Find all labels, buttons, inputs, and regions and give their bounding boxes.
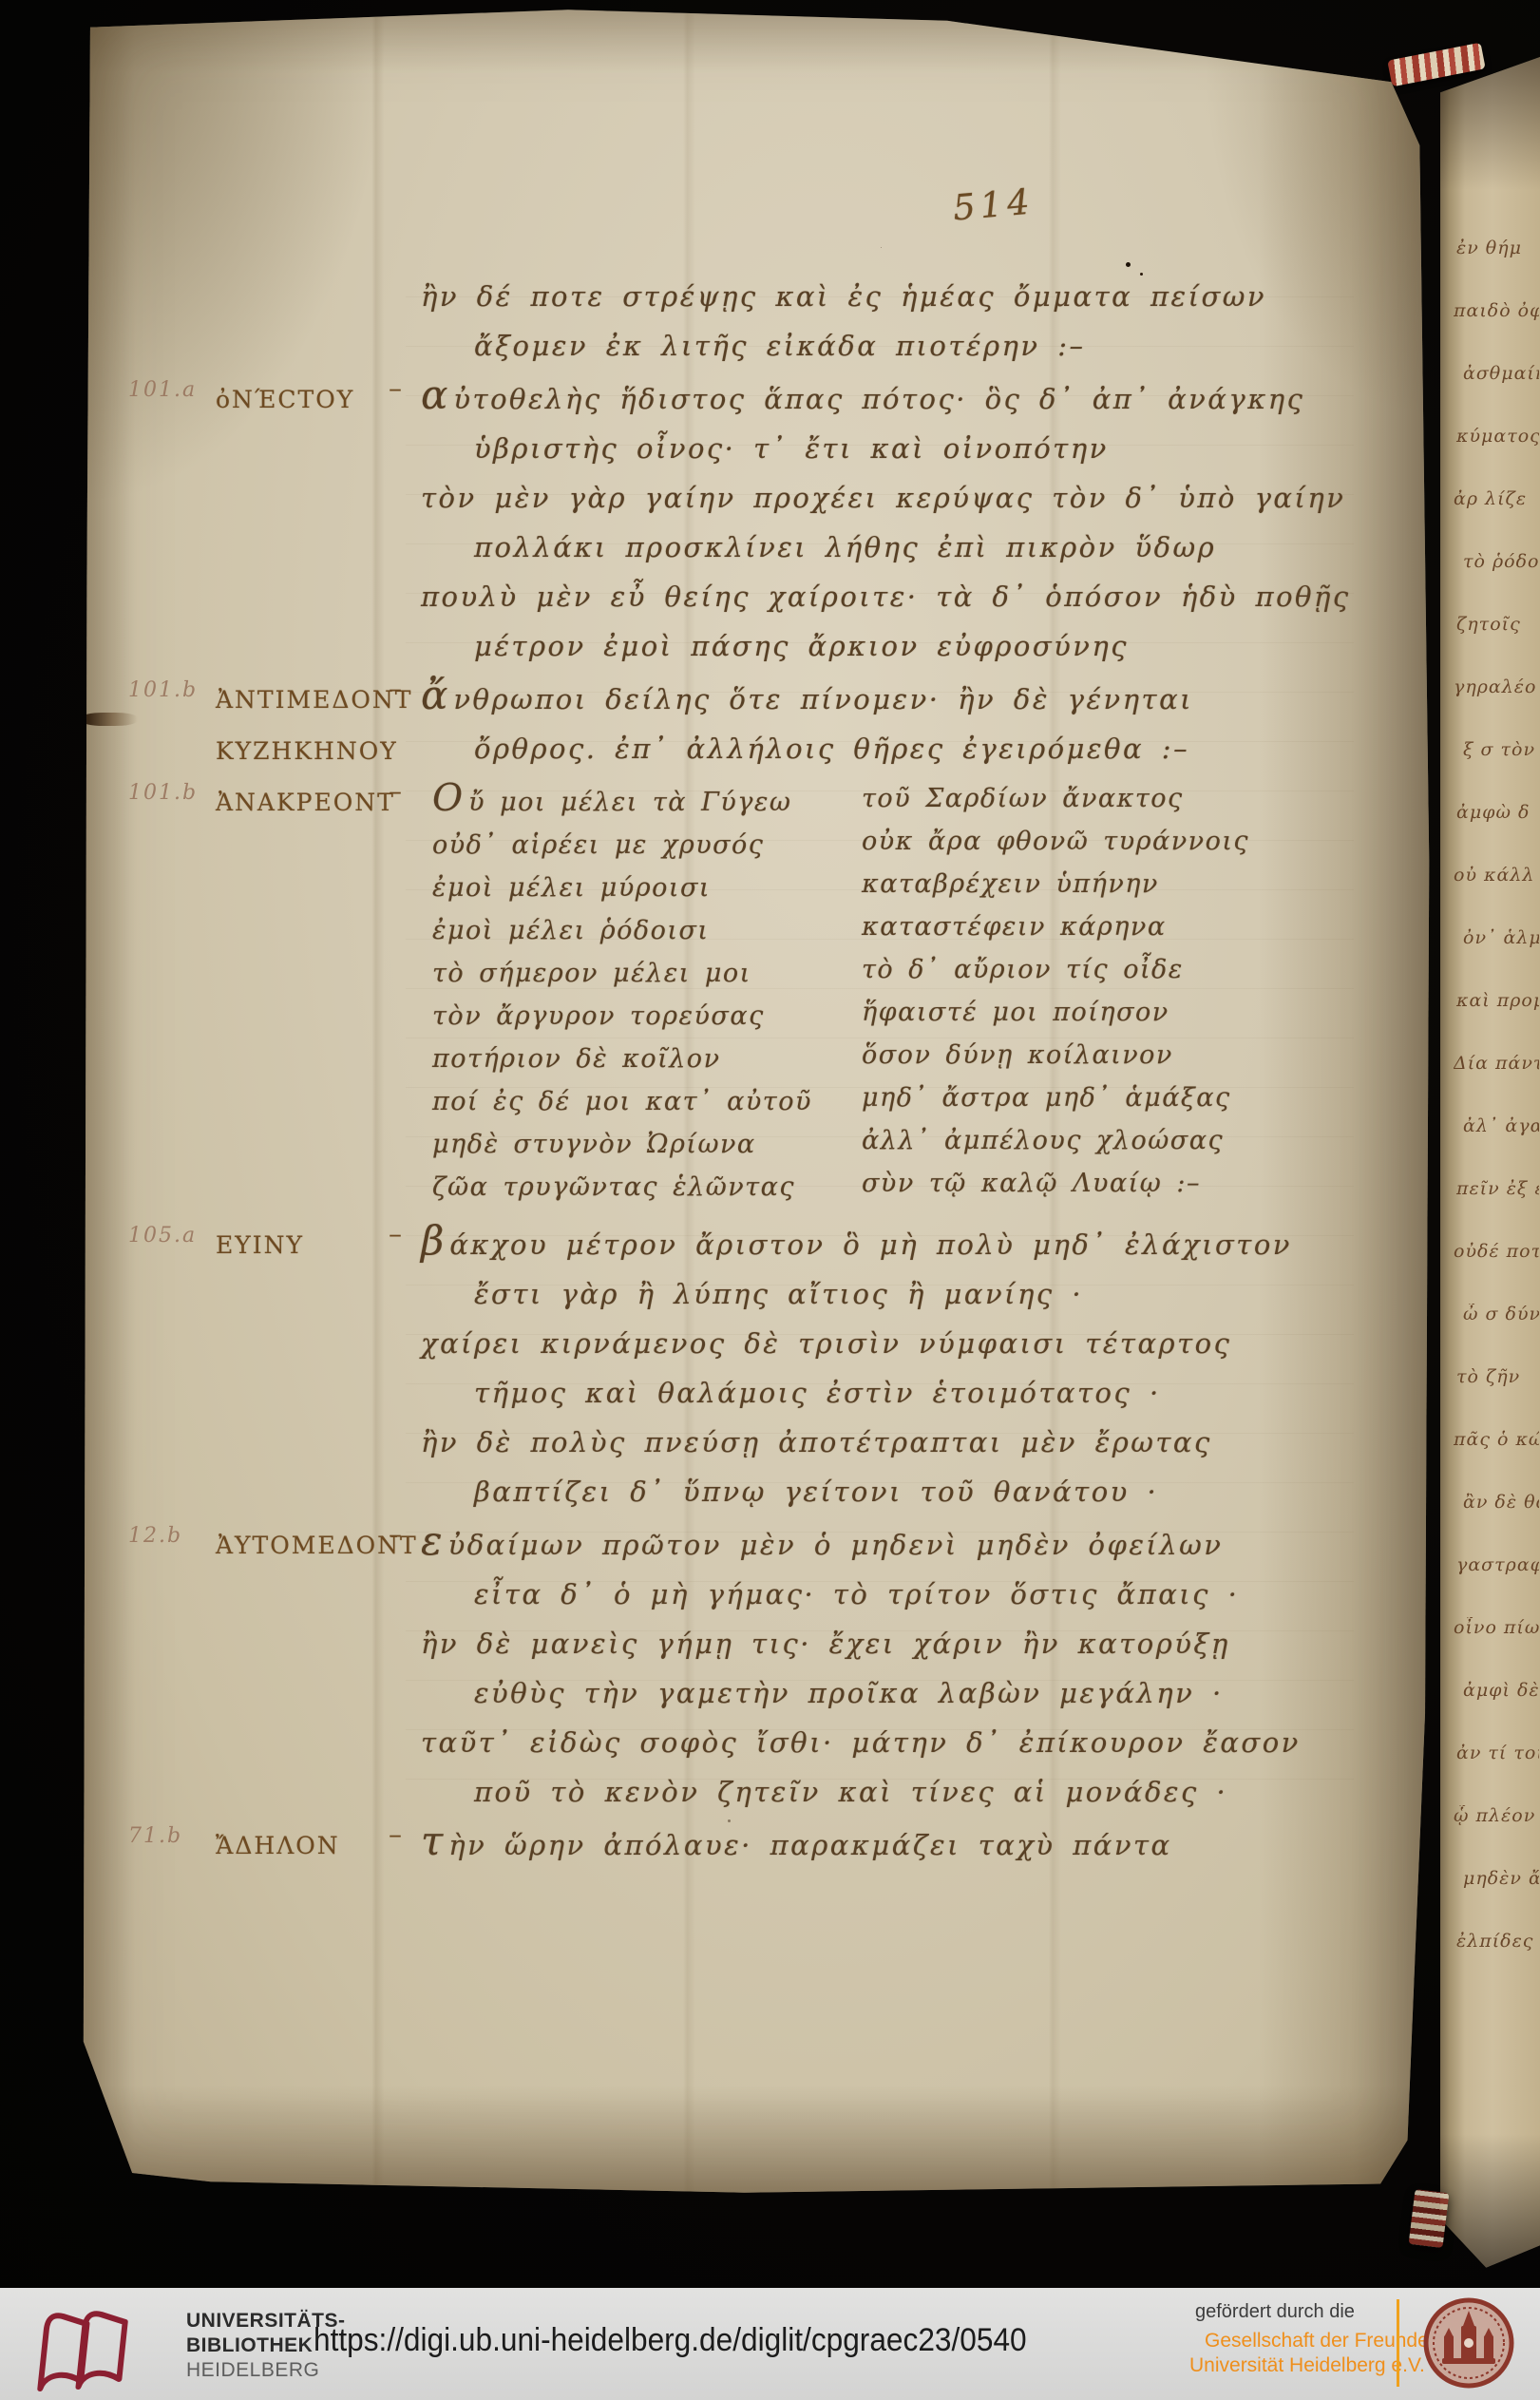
text-line: τὸ σήμερον μέλει μοι (432, 952, 862, 995)
text-line: ἔστι γὰρ ἢ λύπης αἴτιος ἢ μανίης · (421, 1269, 1390, 1319)
digitized-manuscript-view: ἐν θήμπαιδὸ ὀφἀσθμαίνκύματοςἀρ λίζετὸ ῥό… (0, 0, 1540, 2400)
epigram-lines: ἢν δέ ποτε στρέψῃς καὶ ἐς ἡμέας ὄμματα π… (421, 272, 1390, 371)
epigram-section: 105.a ΕΥΙΝΥ – βάκχου μέτρον ἄριστον ὃ μὴ… (421, 1216, 1390, 1516)
edge-fragment: τὸ ζῆν (1454, 1366, 1539, 1429)
edge-fragment: παιδὸ ὀφ (1454, 300, 1539, 363)
text-line: ὄρθρος. ἐπ᾽ ἀλλήλοις θῆρες ἐγειρόμεθα :– (421, 724, 1390, 773)
text-line: μηδὲ στυγνὸν Ὠρίωνα (432, 1123, 862, 1166)
text-line: πολλάκι προσκλίνει λήθης ἐπὶ πικρὸν ὕδωρ (421, 523, 1390, 572)
manuscript-sections: ἢν δέ ποτε στρέψῃς καὶ ἐς ἡμέας ὄμματα π… (421, 272, 1390, 1870)
permalink-url: https://digi.ub.uni-heidelberg.de/diglit… (314, 2322, 1027, 2359)
epigram-section: 12.b ἈΥΤΟΜΕΔΟΝΤ – εὐδαίμων πρῶτον μὲν ὁ … (421, 1516, 1390, 1817)
text-line: καταστέφειν κάρηνα (862, 905, 1291, 948)
text-line: ὅσον δύνῃ κοίλαινον (862, 1034, 1291, 1076)
text-line: ἢν δέ ποτε στρέψῃς καὶ ἐς ἡμέας ὄμματα π… (421, 272, 1390, 321)
epigram-lines: αὐτοθελὴς ἥδιστος ἅπας πότος· ὃς δ᾽ ἀπ᾽ … (421, 371, 1390, 671)
text-line: τὴν ὥρην ἀπόλαυε· παρακμάζει ταχὺ πάντα (421, 1817, 1390, 1870)
text-line: ἌΔΗΛΟΝ (216, 1820, 406, 1872)
page-number: 514 (951, 181, 1036, 228)
pencil-number: 101.b (128, 678, 198, 702)
funding-divider (1397, 2299, 1399, 2387)
text-line: ἢν δὲ πολὺς πνεύσῃ ἀποτέτραπται μὲν ἔρωτ… (421, 1418, 1390, 1467)
epigram-section: 101.b ἈΝΑΚΡΕΟΝΤ – Οὔ μοι μέλει τὰ Γύγεωο… (421, 773, 1390, 1216)
text-line: ποί ἐς δέ μοι κατ᾽ αὐτοῦ (432, 1080, 862, 1123)
library-name-line3: HEIDELBERG (186, 2358, 346, 2383)
edge-fragment: γηραλέο (1454, 676, 1539, 739)
endband-bottom (1409, 2189, 1450, 2248)
epigram-lines: ἄνθρωποι δείλης ὅτε πίνομεν· ἢν δὲ γένητ… (421, 671, 1390, 773)
funding-prefix-text: gefördert durch die (1195, 2301, 1355, 2323)
text-line: ὀΝΈCΤΟΥ (216, 374, 406, 426)
epigram-section: 71.b ἌΔΗΛΟΝ – τὴν ὥρην ἀπόλαυε· παρακμάζ… (421, 1817, 1390, 1870)
text-line: ἈΥΤΟΜΕΔΟΝΤ (216, 1520, 406, 1571)
footer-bar: UNIVERSITÄTS- BIBLIOTHEK HEIDELBERG http… (0, 2288, 1540, 2400)
text-line: ἀλλ᾽ ἀμπέλους χλοώσας (862, 1119, 1291, 1162)
epigram-section: 101.a ὀΝΈCΤΟΥ – αὐτοθελὴς ἥδιστος ἅπας π… (421, 371, 1390, 671)
text-line: ΕΥΙΝΥ (216, 1220, 406, 1271)
author-heading: ὀΝΈCΤΟΥ (216, 374, 406, 426)
text-line: ὑβριστὴς οἶνος· τ᾽ ἔτι καὶ οἰνοπότην (421, 424, 1390, 473)
text-line: σὺν τῷ καλῷ Λυαίῳ :– (862, 1162, 1291, 1205)
edge-fragment: καὶ προμ (1454, 990, 1539, 1053)
text-line: τῆμος καὶ θαλάμοις ἐστὶν ἑτοιμότατος · (421, 1368, 1390, 1418)
text-line: βάκχου μέτρον ἄριστον ὃ μὴ πολὺ μηδ᾽ ἐλά… (421, 1216, 1390, 1269)
text-line: βαπτίζει δ᾽ ὕπνῳ γείτονι τοῦ θανάτου · (421, 1467, 1390, 1516)
epigram-lines: εὐδαίμων πρῶτον μὲν ὁ μηδενὶ μηδὲν ὀφείλ… (421, 1516, 1390, 1817)
pencil-number: 101.b (128, 781, 198, 805)
text-line: ἥφαιστέ μοι ποίησον (862, 991, 1291, 1034)
edge-fragment: οὐ κάλλ (1454, 865, 1539, 927)
manuscript-text-block: ἢν δέ ποτε στρέψῃς καὶ ἐς ἡμέας ὄμματα π… (421, 272, 1390, 1870)
section-dash-marker: – (389, 1218, 402, 1249)
edge-fragment: ᾧ πλέον (1454, 1805, 1539, 1868)
edge-fragment: πᾶς ὁ κώ (1454, 1429, 1539, 1492)
column-right: τοῦ Σαρδίων ἄνακτοςοὐκ ἄρα φθονῶ τυράννο… (862, 777, 1291, 1209)
university-seal-icon (1423, 2297, 1514, 2389)
epigram-section: ἢν δέ ποτε στρέψῃς καὶ ἐς ἡμέας ὄμματα π… (421, 272, 1390, 371)
author-heading: ἈΥΤΟΜΕΔΟΝΤ (216, 1520, 406, 1571)
edge-fragment: γαστραφ (1454, 1554, 1539, 1617)
author-heading: ἈΝΤΙΜΕΔΟΝΤΚΥΖΗΚΗΝΟΥ (216, 675, 406, 777)
manuscript-page: 514 ἢν δέ ποτε στρέψῃς καὶ ἐς ἡμέας ὄμμα… (81, 8, 1435, 2195)
text-line: χαίρει κιρνάμενος δὲ τρισὶν νύμφαισι τέτ… (421, 1319, 1390, 1368)
text-line: καταβρέχειν ὑπήνην (862, 863, 1291, 905)
edge-text-fragments: ἐν θήμπαιδὸ ὀφἀσθμαίνκύματοςἀρ λίζετὸ ῥό… (1454, 238, 1539, 1993)
text-line: ἐμοὶ μέλει ῥόδοισι (432, 909, 862, 952)
text-line: τὸν ἄργυρον τορεύσας (432, 995, 862, 1038)
text-line: ταῦτ᾽ εἰδὼς σοφὸς ἴσθι· μάτην δ᾽ ἐπίκουρ… (421, 1718, 1390, 1767)
author-heading: ἌΔΗΛΟΝ (216, 1820, 406, 1872)
pencil-number: 105.a (128, 1224, 197, 1248)
text-line: ΚΥΖΗΚΗΝΟΥ (216, 726, 406, 777)
edge-fragment: ἐν θήμ (1454, 238, 1539, 300)
edge-fragment: ἂν δὲ θά (1454, 1492, 1539, 1554)
text-line: τὸν μὲν γὰρ γαίην προχέει κερύψας τὸν δ᾽… (421, 473, 1390, 523)
text-line: ἐμοὶ μέλει μύροισι (432, 867, 862, 909)
section-dash-marker: – (389, 775, 402, 807)
edge-fragment: ἐλπίδες (1454, 1931, 1539, 1993)
text-line: οὐδ᾽ αἱρέει με χρυσός (432, 824, 862, 867)
section-dash-marker: – (389, 372, 402, 404)
text-line: ζῶα τρυγῶντας ἑλῶντας (432, 1166, 862, 1209)
edge-fragment: πεῖν ἐξ ἑ (1454, 1178, 1539, 1241)
section-dash-marker: – (389, 1819, 402, 1850)
text-line: ἈΝΤΙΜΕΔΟΝΤ (216, 675, 406, 726)
epigram-lines: βάκχου μέτρον ἄριστον ὃ μὴ πολὺ μηδ᾽ ἐλά… (421, 1216, 1390, 1516)
text-line: εὐθὺς τὴν γαμετὴν προῖκα λαβὼν μεγάλην · (421, 1668, 1390, 1718)
text-line: εὐδαίμων πρῶτον μὲν ὁ μηδενὶ μηδὲν ὀφείλ… (421, 1516, 1390, 1570)
edge-fragment: ἀμφὼ δ (1454, 802, 1539, 865)
epigram-columns: Οὔ μοι μέλει τὰ Γύγεωοὐδ᾽ αἱρέει με χρυσ… (421, 773, 1390, 1216)
text-line: ἈΝΑΚΡΕΟΝΤ (216, 777, 406, 829)
text-line: τὸ δ᾽ αὔριον τίς οἶδε (862, 948, 1291, 991)
edge-fragment: οἶνο πίω (1454, 1617, 1539, 1680)
text-line: εἶτα δ᾽ ὁ μὴ γήμας· τὸ τρίτον ὅστις ἄπαι… (421, 1570, 1390, 1619)
edge-fragment: οὐδέ ποτ (1454, 1241, 1539, 1304)
text-line: πουλὺ μὲν εὖ θείης χαίροιτε· τὰ δ᾽ ὁπόσο… (421, 572, 1390, 621)
author-heading: ἈΝΑΚΡΕΟΝΤ (216, 777, 406, 829)
text-line: ποτήριον δὲ κοῖλον (432, 1038, 862, 1080)
text-line: Οὔ μοι μέλει τὰ Γύγεω (432, 777, 862, 824)
edge-tear-mark (81, 713, 138, 726)
next-pages-fore-edge: ἐν θήμπαιδὸ ὀφἀσθμαίνκύματοςἀρ λίζετὸ ῥό… (1440, 57, 1540, 2276)
edge-fragment: ὦ σ δύνα (1454, 1304, 1539, 1366)
edge-fragment: ἀν τί τοι (1454, 1743, 1539, 1805)
pencil-number: 101.a (128, 378, 197, 402)
text-line: μέτρον ἐμοὶ πάσης ἄρκιον εὐφροσύνης (421, 621, 1390, 671)
author-heading: ΕΥΙΝΥ (216, 1220, 406, 1271)
edge-fragment: μηδὲν ἄγ (1454, 1868, 1539, 1931)
text-line: ποῦ τὸ κενὸν ζητεῖν καὶ τίνες αἱ μονάδες… (421, 1767, 1390, 1817)
pencil-number: 71.b (128, 1824, 182, 1848)
column-left: Οὔ μοι μέλει τὰ Γύγεωοὐδ᾽ αἱρέει με χρυσ… (432, 777, 862, 1209)
text-line: ἄνθρωποι δείλης ὅτε πίνομεν· ἢν δὲ γένητ… (421, 671, 1390, 724)
epigram-section: 101.b ἈΝΤΙΜΕΔΟΝΤΚΥΖΗΚΗΝΟΥ – ἄνθρωποι δεί… (421, 671, 1390, 773)
edge-fragment: ὀν᾽ ἁλμύρ (1454, 927, 1539, 990)
edge-fragment: ἀμφὶ δὲ τῶ (1454, 1680, 1539, 1743)
university-library-logo-icon (32, 2301, 175, 2392)
edge-fragment: ζητοῖς (1454, 614, 1539, 676)
funding-org-line1: Gesellschaft der Freunde (1205, 2330, 1429, 2352)
edge-fragment: ἀσθμαίν (1454, 363, 1539, 426)
edge-fragment: ἀρ λίζε (1454, 488, 1539, 551)
pencil-number: 12.b (128, 1524, 182, 1548)
edge-fragment: ξ σ τὸν (1454, 739, 1539, 802)
text-line: τοῦ Σαρδίων ἄνακτος (862, 777, 1291, 820)
text-line: οὐκ ἄρα φθονῶ τυράννοις (862, 820, 1291, 863)
edge-fragment: τὸ ῥόδον (1454, 551, 1539, 614)
edge-fragment: Δία πάντ (1454, 1053, 1539, 1115)
text-line: ἄξομεν ἐκ λιτῆς εἰκάδα πιοτέρην :– (421, 321, 1390, 371)
section-dash-marker: – (389, 1518, 402, 1550)
section-dash-marker: – (389, 673, 402, 704)
text-line: μηδ᾽ ἄστρα μηδ᾽ ἁμάξας (862, 1076, 1291, 1119)
edge-fragment: κύματος (1454, 426, 1539, 488)
edge-fragment: ἀλ᾽ ἀγαθ (1454, 1115, 1539, 1178)
epigram-lines: τὴν ὥρην ἀπόλαυε· παρακμάζει ταχὺ πάντα (421, 1817, 1390, 1870)
text-line: ἢν δὲ μανεὶς γήμῃ τις· ἔχει χάριν ἢν κατ… (421, 1619, 1390, 1668)
funding-org-line2: Universität Heidelberg e.V. (1189, 2354, 1425, 2377)
text-line: αὐτοθελὴς ἥδιστος ἅπας πότος· ὃς δ᾽ ἀπ᾽ … (421, 371, 1390, 424)
ink-specks (1126, 262, 1131, 267)
